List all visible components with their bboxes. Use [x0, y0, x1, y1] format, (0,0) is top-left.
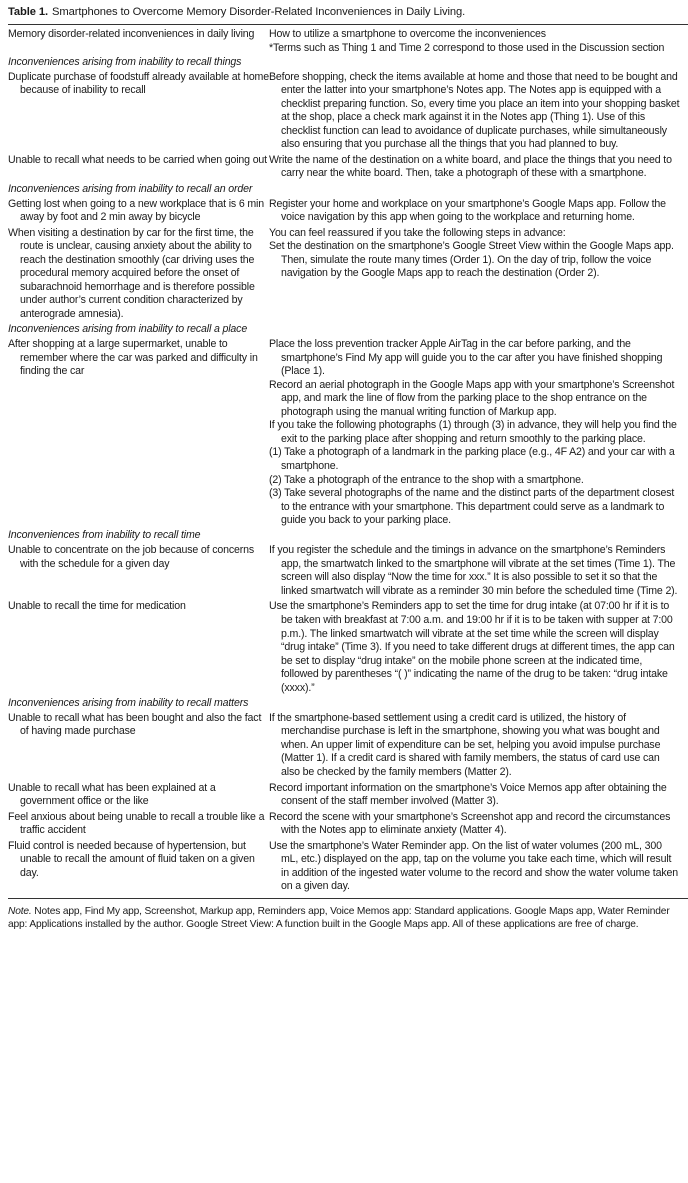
solution-list-item: (1) Take a photograph of a landmark in t… [269, 446, 680, 473]
problem-cell: Fluid control is needed because of hyper… [8, 840, 269, 881]
table-title: Smartphones to Overcome Memory Disorder-… [52, 6, 465, 18]
table-row: Unable to recall what has been bought an… [8, 711, 680, 781]
table-row: After shopping at a large supermarket, u… [8, 337, 680, 529]
column-header-smartphone-use: How to utilize a smartphone to overcome … [269, 28, 680, 42]
solution-cell: Set the destination on the smartphone’s … [269, 240, 680, 281]
solution-cell: Record an aerial photograph in the Googl… [269, 379, 680, 420]
solution-cell: Before shopping, check the items availab… [269, 71, 680, 152]
section-heading: Inconveniences arising from inability to… [8, 182, 680, 197]
solution-cell: Use the smartphone’s Reminders app to se… [269, 600, 680, 695]
table-row: Getting lost when going to a new workpla… [8, 197, 680, 226]
section-heading: Inconveniences from inability to recall … [8, 529, 680, 544]
table-caption: Table 1.Smartphones to Overcome Memory D… [8, 3, 680, 20]
problem-cell: When visiting a destination by car for t… [8, 227, 269, 322]
section-heading-row: Inconveniences arising from inability to… [8, 182, 680, 197]
section-heading-row: Inconveniences arising from inability to… [8, 55, 680, 70]
data-table: Memory disorder-related inconveniences i… [8, 25, 680, 895]
table-row: Feel anxious about being unable to recal… [8, 810, 680, 839]
problem-cell: Unable to recall what has been bought an… [8, 712, 269, 739]
section-heading-row: Inconveniences arising from inability to… [8, 696, 680, 711]
problem-cell: Feel anxious about being unable to recal… [8, 811, 269, 838]
problem-cell: Duplicate purchase of foodstuff already … [8, 71, 269, 98]
problem-cell: Getting lost when going to a new workpla… [8, 198, 269, 225]
problem-cell: After shopping at a large supermarket, u… [8, 338, 269, 379]
table-row: Unable to recall what needs to be carrie… [8, 153, 680, 182]
solution-cell: Write the name of the destination on a w… [269, 154, 680, 181]
table-row: When visiting a destination by car for t… [8, 226, 680, 323]
column-header-footnote: *Terms such as Thing 1 and Time 2 corres… [269, 42, 680, 56]
section-heading: Inconveniences arising from inability to… [8, 696, 680, 711]
solution-cell: Register your home and workplace on your… [269, 198, 680, 225]
table-row: Duplicate purchase of foodstuff already … [8, 70, 680, 153]
table-row: Unable to recall the time for medication… [8, 599, 680, 696]
table-label: Table 1. [8, 6, 48, 18]
table-row: Fluid control is needed because of hyper… [8, 839, 680, 895]
solution-cell: Record important information on the smar… [269, 782, 680, 809]
note-text: Notes app, Find My app, Screenshot, Mark… [8, 906, 670, 931]
solution-cell: If you register the schedule and the tim… [269, 544, 680, 598]
problem-cell: Unable to recall what has been explained… [8, 782, 269, 809]
solution-cell: Use the smartphone’s Water Reminder app.… [269, 840, 680, 894]
solution-cell: Record the scene with your smartphone’s … [269, 811, 680, 838]
note-label: Note. [8, 906, 32, 917]
column-header-inconveniences: Memory disorder-related inconveniences i… [8, 28, 269, 42]
solution-cell: If the smartphone-based settlement using… [269, 712, 680, 780]
section-heading-row: Inconveniences arising from inability to… [8, 322, 680, 337]
table-note: Note. Notes app, Find My app, Screenshot… [8, 905, 680, 932]
table-row: Unable to concentrate on the job because… [8, 543, 680, 599]
solution-cell: If you take the following photographs (1… [269, 419, 680, 446]
solution-list-item: (2) Take a photograph of the entrance to… [269, 474, 680, 488]
solution-cell: You can feel reassured if you take the f… [269, 227, 680, 241]
solution-cell: Place the loss prevention tracker Apple … [269, 338, 680, 379]
problem-cell: Unable to recall the time for medication [8, 600, 269, 614]
solution-list-item: (3) Take several photographs of the name… [269, 487, 680, 528]
section-heading: Inconveniences arising from inability to… [8, 55, 680, 70]
header-row: Memory disorder-related inconveniences i… [8, 25, 680, 55]
bottom-rule [8, 898, 688, 899]
table-row: Unable to recall what has been explained… [8, 781, 680, 810]
section-heading-row: Inconveniences from inability to recall … [8, 529, 680, 544]
problem-cell: Unable to concentrate on the job because… [8, 544, 269, 571]
section-heading: Inconveniences arising from inability to… [8, 322, 680, 337]
table-figure: Table 1.Smartphones to Overcome Memory D… [0, 0, 688, 932]
problem-cell: Unable to recall what needs to be carrie… [8, 154, 269, 168]
